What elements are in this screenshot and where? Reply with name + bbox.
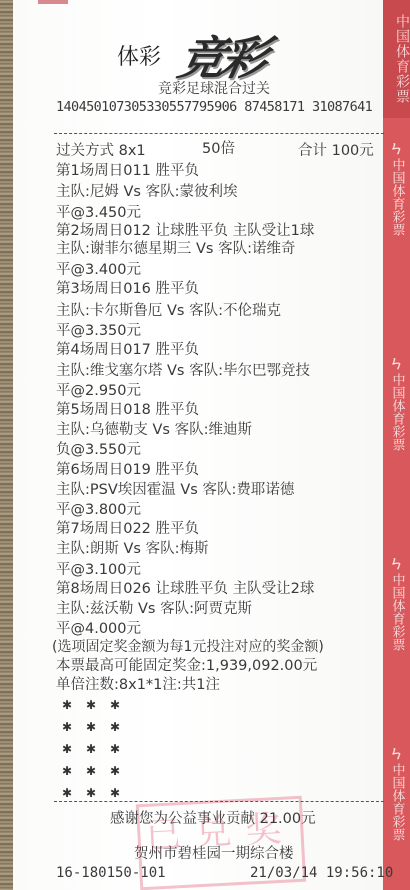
match-header: 第5场周日018 胜平负: [56, 401, 199, 419]
match-pick: 平@3.350元: [56, 322, 141, 340]
contribution: 感谢您为公益事业贡献 21.00元: [110, 810, 316, 828]
wood-background: [0, 0, 13, 890]
multiplier: 50倍: [202, 140, 235, 158]
prize-note: (选项固定奖金额为每1元投注对应的奖金额): [52, 638, 324, 656]
bet-count: 单倍注数:8x1*1注:共1注: [56, 676, 220, 694]
lottery-logo-icon: ㄣ: [383, 355, 410, 371]
match-header: 第8场周日026 让球胜平负 主队受让2球: [56, 580, 314, 598]
star-row: ✱✱✱: [62, 716, 134, 738]
match-pick: 平@3.100元: [56, 561, 141, 579]
strip-top-text: 中国体育彩票: [383, 0, 410, 118]
brand-small: 体彩: [117, 40, 161, 71]
ink-mark: [38, 0, 68, 4]
strip-logo-text: 中国体育彩票: [389, 763, 405, 841]
terminal-id: 16-180150-101: [56, 864, 166, 882]
star-grid: ✱✱✱ ✱✱✱ ✱✱✱ ✱✱✱ ✱✱✱: [62, 694, 134, 804]
divider: [54, 133, 384, 134]
star-row: ✱✱✱: [62, 760, 134, 782]
match-teams: 主队:乌德勒支 Vs 客队:维迪斯: [56, 421, 252, 439]
match-teams: 主队:兹沃勒 Vs 客队:阿贾克斯: [56, 600, 252, 618]
star-row: ✱✱✱: [62, 738, 134, 760]
match-teams: 主队:尼姆 Vs 客队:蒙彼利埃: [56, 183, 237, 201]
match-teams: 主队:PSV埃因霍温 Vs 客队:费耶诺德: [56, 481, 294, 499]
match-header: 第7场周日022 胜平负: [56, 520, 199, 538]
match-header: 第4场周日017 胜平负: [56, 341, 199, 359]
game-type: 竞彩足球混合过关: [158, 80, 270, 98]
match-pick: 平@3.400元: [56, 261, 141, 279]
sales-location: 贺州市碧桂园一期综合楼: [134, 845, 294, 863]
match-header: 第6场周日019 胜平负: [56, 461, 199, 479]
match-teams: 主队:卡尔斯鲁厄 Vs 客队:不伦瑞克: [56, 302, 281, 320]
match-pick: 平@4.000元: [56, 620, 141, 638]
strip-logo-text: 中国体育彩票: [389, 373, 405, 451]
strip-logo: ㄣ 中国体育彩票: [383, 745, 410, 841]
lottery-logo-icon: ㄣ: [383, 745, 410, 761]
strip-logo-text: 中国体育彩票: [389, 158, 405, 236]
total-amount: 合计 100元: [298, 142, 374, 160]
serial-number: 140450107305330557795906 87458171 310876…: [56, 98, 372, 116]
pass-mode: 过关方式 8x1: [56, 142, 146, 160]
max-prize: 本票最高可能固定奖金:1,939,092.00元: [56, 657, 317, 675]
side-strip: 中国体育彩票 ㄣ 中国体育彩票 ㄣ 中国体育彩票 ㄣ 中国体育彩票 ㄣ 中国体育…: [383, 0, 410, 890]
match-header: 第1场周日011 胜平负: [56, 162, 199, 180]
lottery-logo-icon: ㄣ: [383, 555, 410, 571]
print-datetime: 21/03/14 19:56:10: [250, 864, 393, 882]
match-pick: 平@2.950元: [56, 382, 141, 400]
divider: [54, 801, 384, 802]
match-teams: 主队:谢菲尔德星期三 Vs 客队:诺维奇: [56, 240, 295, 258]
match-pick: 平@3.450元: [56, 204, 141, 222]
lottery-logo-icon: ㄣ: [383, 140, 410, 156]
match-pick: 负@3.550元: [56, 441, 141, 459]
match-teams: 主队:维戈塞尔塔 Vs 客队:毕尔巴鄂竞技: [56, 362, 310, 380]
strip-logo: ㄣ 中国体育彩票: [383, 555, 410, 651]
strip-logo-text: 中国体育彩票: [389, 573, 405, 651]
strip-logo: ㄣ 中国体育彩票: [383, 140, 410, 236]
star-row: ✱✱✱: [62, 694, 134, 716]
strip-logo: ㄣ 中国体育彩票: [383, 355, 410, 451]
match-teams: 主队:朗斯 Vs 客队:梅斯: [56, 540, 208, 558]
match-header: 第2场周日012 让球胜平负 主队受让1球: [56, 222, 314, 240]
match-header: 第3场周日016 胜平负: [56, 280, 199, 298]
match-pick: 平@3.800元: [56, 501, 141, 519]
brand-logo: 竞彩: [173, 22, 271, 88]
